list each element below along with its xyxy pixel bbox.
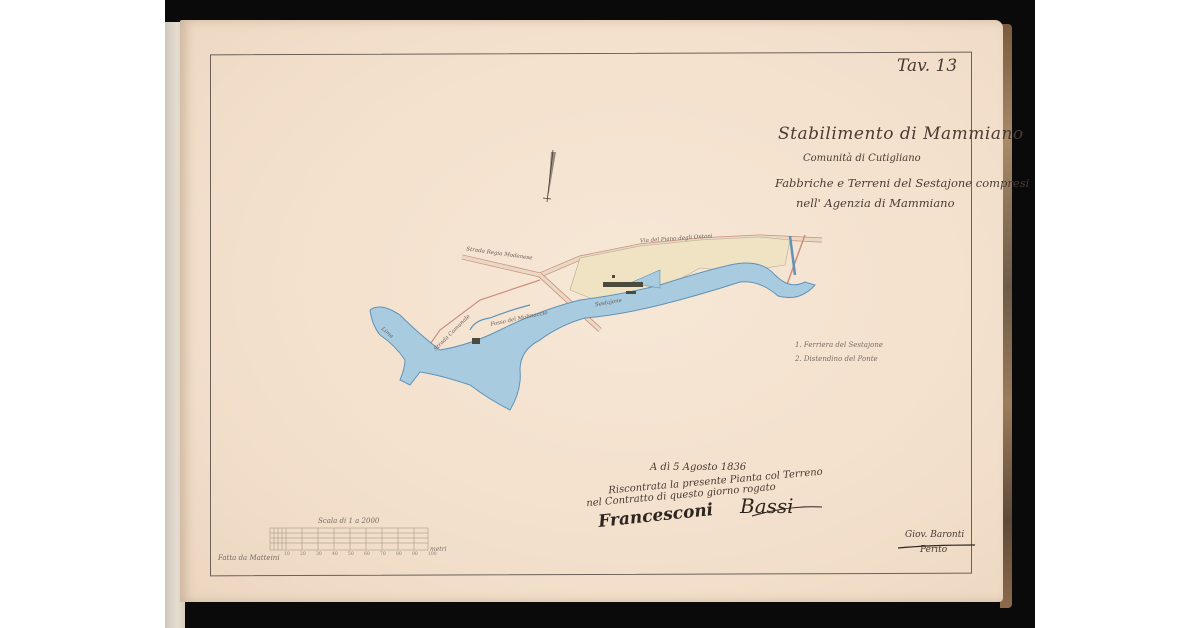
scale-tick: 60 bbox=[364, 552, 370, 557]
scale-tick: 10 bbox=[284, 552, 290, 557]
map-subtitle: Comunità di Cutigliano bbox=[803, 153, 921, 164]
signature-right: Bassi bbox=[740, 494, 794, 518]
scale-tick: 100 bbox=[428, 552, 437, 557]
plate-number: Tav. 13 bbox=[897, 56, 957, 76]
scale-tick: 40 bbox=[332, 552, 338, 557]
north-arrow-icon bbox=[543, 150, 556, 202]
scale-tick: 50 bbox=[348, 552, 354, 557]
map-drawing bbox=[0, 0, 1200, 628]
scale-tick: 80 bbox=[396, 552, 402, 557]
map-title: Stabilimento di Mammiano bbox=[778, 124, 1024, 144]
scale-tick: 20 bbox=[300, 552, 306, 557]
legend-num: 2. bbox=[795, 355, 802, 363]
map-description-line-2: nell' Agenzia di Mammiano bbox=[796, 196, 955, 210]
annotation-date: A dì 5 Agosto 1836 bbox=[650, 462, 746, 473]
signature-corner-1: Giov. Baronti bbox=[905, 530, 964, 540]
scale-title: Scala di 1 a 2000 bbox=[318, 517, 379, 525]
legend-item-2: 2. Distendino del Ponte bbox=[795, 355, 878, 363]
scale-tick: 30 bbox=[316, 552, 322, 557]
author-note: Fatta da Matteini bbox=[218, 554, 280, 562]
signature-corner-2: Perito bbox=[920, 545, 947, 555]
scale-tick: 90 bbox=[412, 552, 418, 557]
legend-num: 1. bbox=[795, 341, 802, 349]
scale-bar bbox=[270, 528, 428, 550]
map-description-line-1: Fabbriche e Terreni del Sestajone compre… bbox=[775, 176, 1029, 190]
legend-label: Distendino del Ponte bbox=[804, 355, 878, 363]
scale-tick: 70 bbox=[380, 552, 386, 557]
legend-item-1: 1. Ferriera del Sestajone bbox=[795, 341, 883, 349]
legend-label: Ferriera del Sestajone bbox=[804, 341, 883, 349]
